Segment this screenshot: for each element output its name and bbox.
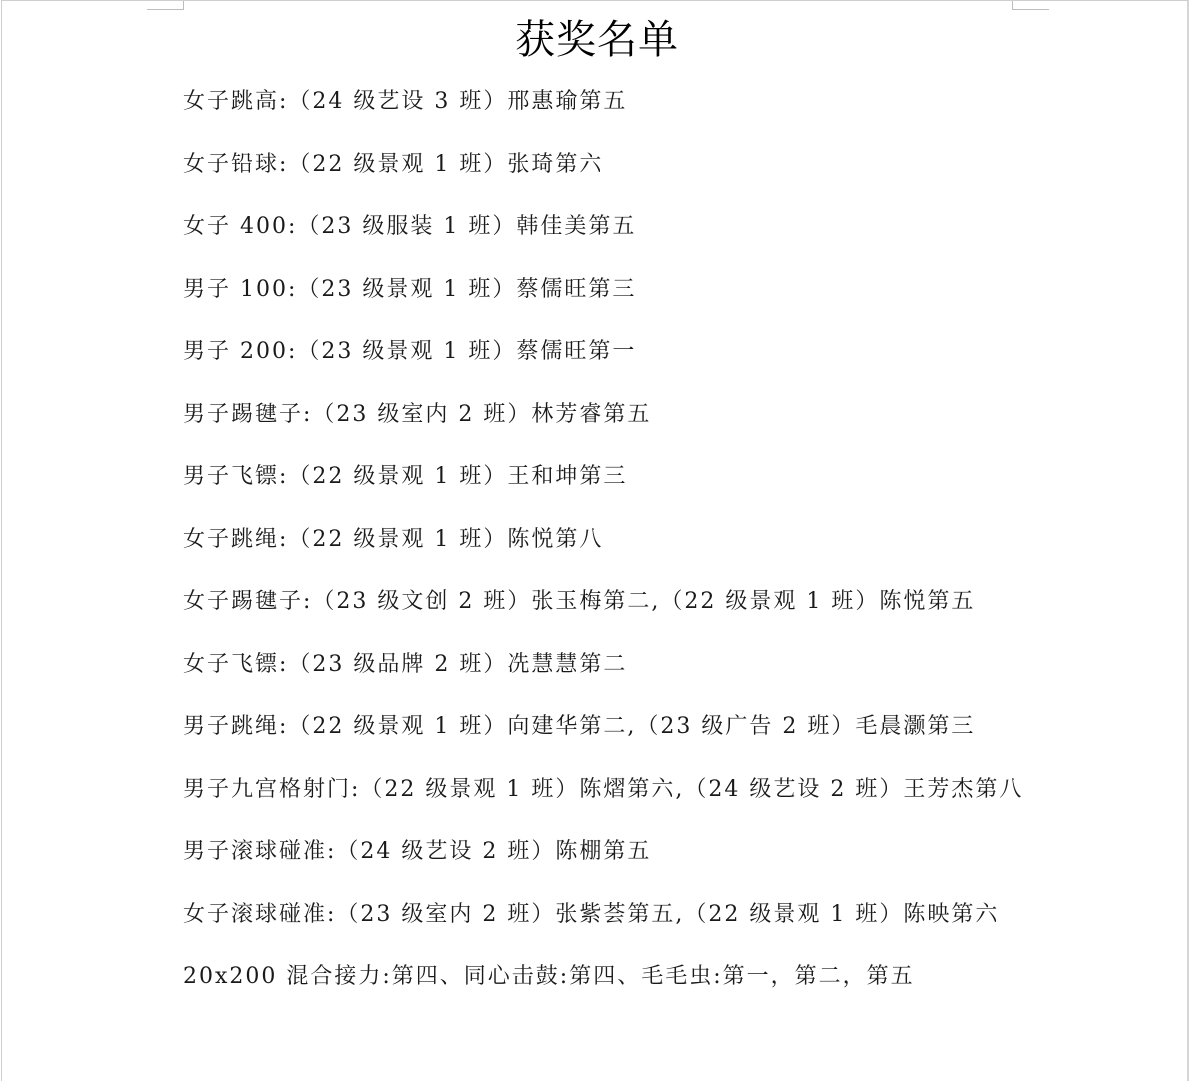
document-title: 获奖名单: [0, 12, 1194, 68]
award-entry: 女子踢毽子:（23 级文创 2 班）张玉梅第二,（22 级景观 1 班）陈悦第五: [183, 584, 1063, 647]
award-entry: 男子跳绳:（22 级景观 1 班）向建华第二,（23 级广告 2 班）毛晨灏第三: [183, 709, 1063, 772]
award-entry: 男子飞镖:（22 级景观 1 班）王和坤第三: [183, 459, 1063, 522]
award-entry: 20x200 混合接力:第四、同心击鼓:第四、毛毛虫:第一，第二，第五: [183, 959, 1063, 1022]
award-entry: 男子 100:（23 级景观 1 班）蔡儒旺第三: [183, 272, 1063, 335]
award-entry: 女子跳绳:（22 级景观 1 班）陈悦第八: [183, 522, 1063, 585]
margin-corner-mark-right: [1012, 1, 1049, 10]
margin-corner-mark-left: [147, 1, 184, 10]
award-entry: 女子滚球碰准:（23 级室内 2 班）张紫荟第五,（22 级景观 1 班）陈映第…: [183, 897, 1063, 960]
award-entry: 男子九宫格射门:（22 级景观 1 班）陈熠第六,（24 级艺设 2 班）王芳杰…: [183, 772, 1063, 835]
award-entry: 男子滚球碰准:（24 级艺设 2 班）陈棚第五: [183, 834, 1063, 897]
award-entry: 女子 400:（23 级服装 1 班）韩佳美第五: [183, 209, 1063, 272]
award-entry: 男子 200:（23 级景观 1 班）蔡儒旺第一: [183, 334, 1063, 397]
award-entry: 女子飞镖:（23 级品牌 2 班）冼慧慧第二: [183, 647, 1063, 710]
award-entry: 女子跳高:（24 级艺设 3 班）邢惠瑜第五: [183, 84, 1063, 147]
award-entry: 男子踢毽子:（23 级室内 2 班）林芳睿第五: [183, 397, 1063, 460]
award-entry: 女子铅球:（22 级景观 1 班）张琦第六: [183, 147, 1063, 210]
award-list: 女子跳高:（24 级艺设 3 班）邢惠瑜第五 女子铅球:（22 级景观 1 班）…: [183, 84, 1063, 1022]
